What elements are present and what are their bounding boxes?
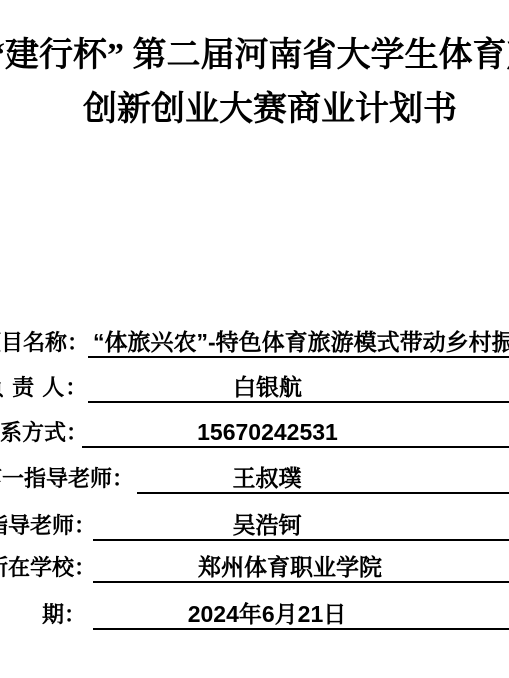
document-page: “建行杯” 第二届河南省大学生体育产业 创新创业大赛商业计划书 项目名称： “体… xyxy=(0,0,509,678)
field-value: 2024年6月21日 xyxy=(93,603,441,626)
field-underline xyxy=(88,401,509,403)
field-underline xyxy=(93,628,509,630)
form-field-advisor: 指导老师： 吴浩钶 xyxy=(0,509,509,541)
form-field-school: 所在学校： 郑州体育职业学院 xyxy=(0,551,509,583)
document-title-line-2: 创新创业大赛商业计划书 xyxy=(83,90,457,131)
field-value: 15670242531 xyxy=(90,421,445,444)
field-label: 项目名称： xyxy=(0,332,89,354)
field-label: 负 责 人： xyxy=(0,377,88,399)
field-underline xyxy=(93,581,509,583)
field-underline xyxy=(82,446,509,448)
document-title-line-1: “建行杯” 第二届河南省大学生体育产业 xyxy=(0,36,509,77)
form-field-first-advisor: 第一指导老师： 王叔璞 xyxy=(0,462,509,494)
field-underline xyxy=(93,539,509,541)
field-value: “体旅兴农”-特色体育旅游模式带动乡村振 xyxy=(93,331,509,354)
field-value: 白银航 xyxy=(90,376,445,399)
field-value: 王叔璞 xyxy=(137,467,397,490)
form-field-project-name: 项目名称： “体旅兴农”-特色体育旅游模式带动乡村振 xyxy=(0,326,509,358)
field-value: 郑州体育职业学院 xyxy=(93,556,487,579)
field-label: 日 期： xyxy=(0,604,86,626)
field-underline xyxy=(137,492,509,494)
form-field-leader: 负 责 人： 白银航 xyxy=(0,371,509,403)
form-field-date: 日 期： 2024年6月21日 xyxy=(0,598,509,630)
field-value: 吴浩钶 xyxy=(93,514,441,537)
field-label: 联系方式： xyxy=(0,422,88,444)
form-field-contact: 联系方式： 15670242531 xyxy=(0,416,509,448)
field-underline xyxy=(88,356,509,358)
field-label: 指导老师： xyxy=(0,515,96,537)
field-label: 第一指导老师： xyxy=(0,468,134,490)
field-label: 所在学校： xyxy=(0,557,96,579)
